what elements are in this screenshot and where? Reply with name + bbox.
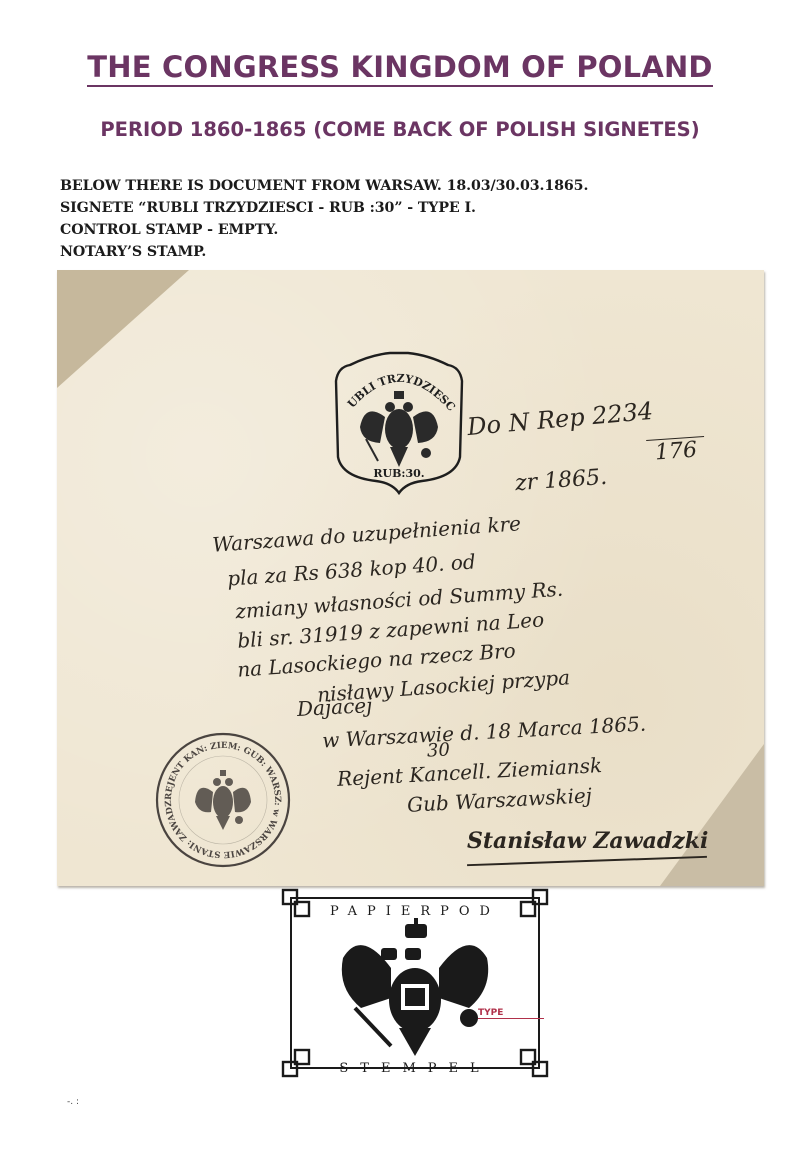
double-headed-eagle-icon xyxy=(360,391,438,467)
description-block: BELOW THERE IS DOCUMENT FROM WARSAW. 18.… xyxy=(60,175,780,263)
description-line: CONTROL STAMP - EMPTY. xyxy=(60,219,780,241)
folded-corner-top-left xyxy=(57,270,189,388)
folded-corner-bottom-right xyxy=(660,744,764,886)
description-line: BELOW THERE IS DOCUMENT FROM WARSAW. 18.… xyxy=(60,175,780,197)
handwritten-line: Warszawa do uzupełnienia kre xyxy=(212,511,522,557)
type-label: TYPE xyxy=(478,1008,544,1019)
signet-top-text: RUBLI TRZYDZIESCI xyxy=(330,347,458,414)
description-line: SIGNETE “RUBLI TRZYDZIESCI - RUB :30” - … xyxy=(60,197,780,219)
historical-document: RUBLI TRZYDZIESCI RUB:30. Do N Rep 2234 … xyxy=(57,270,764,886)
control-stamp-top-text: PAPIERPOD xyxy=(330,904,500,919)
footer-marks: -. : xyxy=(67,1097,79,1107)
handwritten-line: 30 xyxy=(426,739,450,761)
notary-stamp: REJENT KAN: ZIEM: GUB: WARSZ: w WARSZAWI… xyxy=(153,730,293,870)
handwritten-line: Gub Warszawskiej xyxy=(406,783,592,817)
reference-year: zr 1865. xyxy=(514,465,608,496)
handwritten-line: Dajacej xyxy=(296,693,372,721)
notary-signature: Stanisław Zawadzki xyxy=(467,828,708,854)
signet-bottom-text: RUB:30. xyxy=(373,467,424,480)
control-stamp-empty: PAPIERPOD STEMPEL xyxy=(281,888,549,1078)
reference-number: Do N Rep 2234 xyxy=(466,397,654,441)
description-line: NOTARY’S STAMP. xyxy=(60,241,780,263)
reference-fraction: 176 xyxy=(646,436,706,466)
page-title: THE CONGRESS KINGDOM OF POLAND xyxy=(0,50,800,84)
imperial-eagle-icon xyxy=(342,918,488,1056)
page-title-text: THE CONGRESS KINGDOM OF POLAND xyxy=(87,50,712,87)
signet-stamp: RUBLI TRZYDZIESCI RUB:30. xyxy=(330,347,468,495)
handwritten-line: w Warszawie d. 18 Marca 1865. xyxy=(322,712,647,753)
eagle-emblem-icon xyxy=(195,770,251,830)
page-subtitle: PERIOD 1860-1865 (COME BACK OF POLISH SI… xyxy=(0,118,800,141)
control-stamp-bottom-text: STEMPEL xyxy=(339,1061,490,1076)
